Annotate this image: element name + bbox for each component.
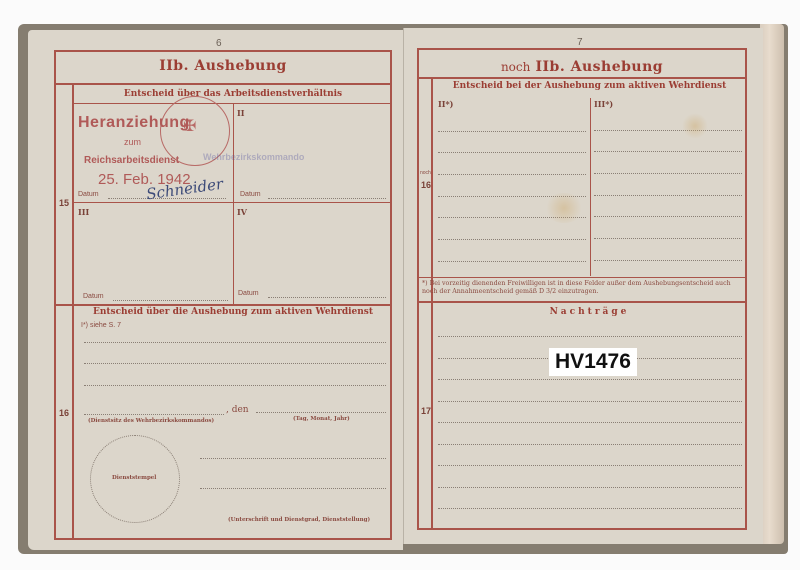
column-label-ii: II*): [438, 99, 453, 109]
cell-label-iv: IV: [237, 207, 247, 217]
cell-label-iii: III: [78, 207, 89, 217]
stamp-reichsarbeitsdienst: Reichsarbeitsdienst: [84, 155, 179, 166]
seal-label: Dienststempel: [112, 475, 156, 481]
row-number-17: 17: [421, 406, 431, 416]
signature-line: [200, 488, 386, 489]
column-divider: [590, 98, 591, 276]
entry-line: [438, 336, 742, 337]
datum-label-ii: Datum: [240, 191, 261, 198]
row-number-16: 16: [59, 408, 69, 418]
entry-line: [594, 238, 742, 239]
datum-line-ii: [268, 198, 386, 199]
row-number-column: [72, 85, 74, 540]
row-prefix-noch: noch: [420, 170, 431, 176]
divider: [417, 301, 747, 303]
entry-line: [438, 174, 586, 175]
row-number-16: 16: [421, 180, 431, 190]
divider: [74, 202, 390, 203]
section-16-note: I*) siehe S. 7: [81, 322, 121, 329]
entry-line: [84, 385, 386, 386]
section-16-heading: Entscheid bei der Aushebung zum aktiven …: [434, 81, 745, 91]
entry-line: [438, 444, 742, 445]
datum-line-iii: [113, 300, 228, 301]
page-number: 7: [577, 37, 583, 48]
section-15-heading: Entscheid über das Arbeitsdienstverhältn…: [76, 89, 390, 99]
entry-line: [84, 342, 386, 343]
page-edges: [760, 24, 784, 544]
entry-line: [438, 401, 742, 402]
cell-label-ii: II: [237, 108, 244, 118]
divider: [74, 103, 390, 104]
entry-line: [438, 239, 586, 240]
signature-caption: (Unterschrift und Dienstgrad, Dienststel…: [228, 517, 370, 523]
divider: [417, 77, 747, 79]
paper-stain: [682, 113, 708, 139]
faded-stamp-text: Wehrbezirkskommando: [203, 152, 304, 162]
divider: [419, 277, 745, 278]
date-caption: (Tag, Monat, Jahr): [293, 416, 350, 422]
page-title-row: noch IIb. Aushebung: [419, 56, 745, 75]
stamp-zum: zum: [124, 137, 141, 147]
divider: [233, 104, 234, 304]
entry-line: [594, 195, 742, 196]
section-16-heading: Entscheid über die Aushebung zum aktiven…: [76, 307, 390, 317]
entry-line: [594, 173, 742, 174]
divider: [54, 304, 392, 306]
entry-line: [438, 152, 586, 153]
datum-label-iii: Datum: [83, 293, 104, 300]
datum-label-i: Datum: [78, 191, 99, 198]
document-scan: 6 IIb. Aushebung Entscheid über das Arbe…: [0, 0, 800, 570]
entry-line: [438, 465, 742, 466]
footnote: *) Bei vorzeitig dienenden Freiwilligen …: [422, 280, 742, 296]
place-caption: (Dienstsitz des Wehrbezirkskommandos): [88, 418, 214, 424]
entry-line: [438, 131, 586, 132]
datum-line-iv: [268, 297, 386, 298]
entry-line: [594, 260, 742, 261]
section-17-heading: Nachträge: [434, 307, 745, 317]
entry-line: [438, 487, 742, 488]
entry-line: [594, 151, 742, 152]
divider: [54, 83, 392, 85]
entry-line: [438, 379, 742, 380]
paper-stain: [544, 193, 584, 223]
entry-line: [84, 363, 386, 364]
signature-line: [200, 458, 386, 459]
page-title: IIb. Aushebung: [535, 59, 663, 75]
row-number-15: 15: [59, 198, 69, 208]
entry-line: [438, 261, 586, 262]
row-number-column: [431, 79, 433, 530]
left-page: 6 IIb. Aushebung Entscheid über das Arbe…: [28, 30, 403, 550]
datum-label-iv: Datum: [238, 290, 259, 297]
entry-line: [594, 130, 742, 131]
title-prefix: noch: [501, 60, 530, 74]
column-label-iii: III*): [594, 99, 613, 109]
page-title: IIb. Aushebung: [56, 58, 390, 74]
page-number: 6: [216, 38, 222, 49]
inventory-label: HV1476: [549, 348, 637, 376]
stamp-heranziehung: Heranziehung: [78, 114, 190, 132]
entry-line: [438, 508, 742, 509]
entry-line: [594, 216, 742, 217]
date-line: [256, 412, 386, 413]
place-line: [84, 414, 224, 415]
right-page: 7 noch IIb. Aushebung Entscheid bei der …: [403, 28, 763, 544]
entry-line: [438, 422, 742, 423]
den-label: , den: [226, 405, 249, 415]
